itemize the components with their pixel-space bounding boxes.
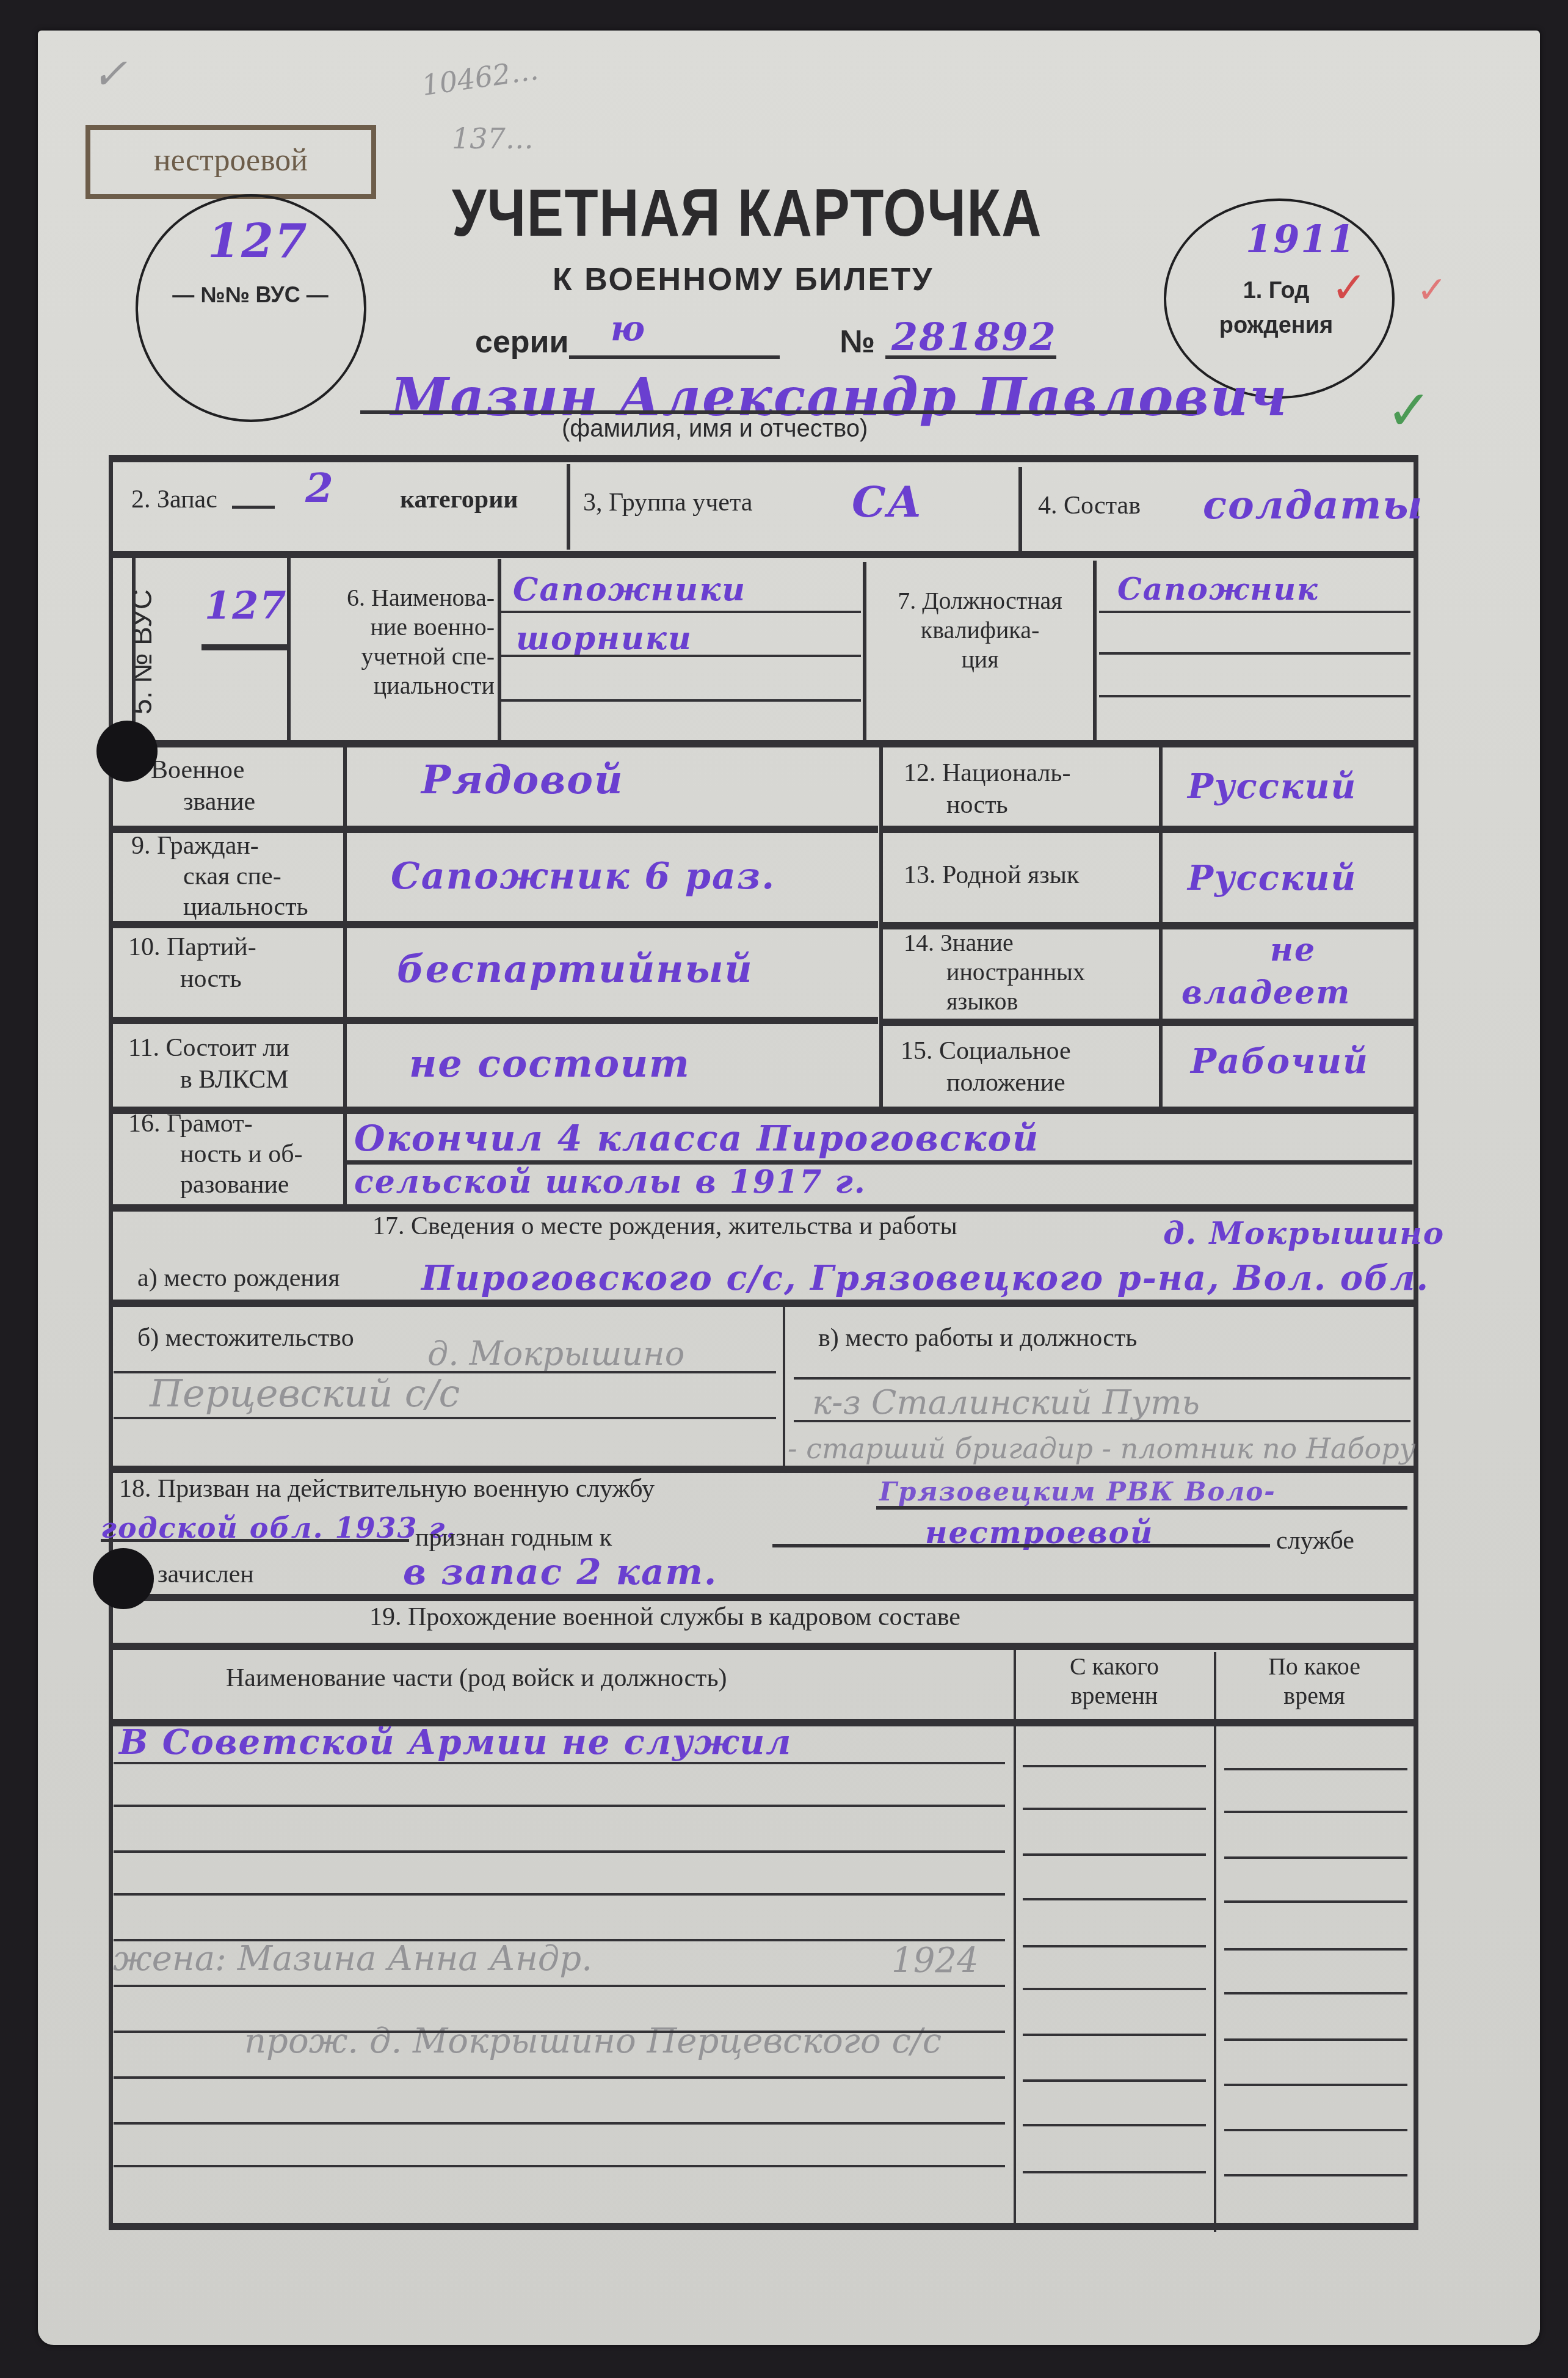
line xyxy=(1023,1945,1206,1947)
nationality-value: Русский xyxy=(1188,766,1357,807)
series-value: ю xyxy=(611,308,646,349)
line xyxy=(114,1762,1005,1764)
section19-title: 19. Прохождение военной службы в кадрово… xyxy=(369,1603,960,1631)
line xyxy=(1023,1808,1206,1810)
workplace-value-1: к-з Сталинский Путь xyxy=(812,1383,1200,1422)
composition-label: 4. Состав xyxy=(1038,492,1141,520)
qualification-label: 7. Должностная квалифика- ция xyxy=(867,586,1093,674)
pencil-note: 137… xyxy=(452,122,534,155)
column-header-unit: Наименование части (род войск и должност… xyxy=(226,1664,727,1692)
line xyxy=(1023,1765,1206,1767)
column-header-from: С какого временн xyxy=(1017,1652,1212,1711)
military-specialty-value-2: шорники xyxy=(516,620,692,657)
line xyxy=(1224,1900,1407,1903)
label-line: 7. Должностная xyxy=(867,586,1093,616)
line xyxy=(1224,2129,1407,2131)
frame-top xyxy=(109,455,1418,462)
full-name-caption: (фамилия, имя и отчество) xyxy=(562,415,868,443)
workplace-value-2: - старший бригадир - плотник по Набору xyxy=(788,1432,1415,1465)
number-label: № xyxy=(840,324,875,360)
divider xyxy=(1159,746,1163,1113)
label-line: ность и об- xyxy=(128,1139,303,1169)
row-divider xyxy=(109,1017,878,1024)
label-line: ние военно- xyxy=(293,613,495,642)
label-line: циальности xyxy=(293,671,495,700)
group-value: СА xyxy=(852,476,923,527)
label-line: положение xyxy=(901,1067,1071,1099)
social-status-value: Рабочий xyxy=(1191,1041,1369,1082)
reserve-value: 2 xyxy=(305,464,335,512)
label-line: 12. Националь- xyxy=(904,757,1071,789)
divider xyxy=(1093,561,1097,744)
foreign-languages-value-1: не xyxy=(1270,931,1316,969)
label-line: По какое xyxy=(1218,1652,1410,1681)
divider xyxy=(132,556,136,739)
line xyxy=(1099,611,1410,613)
reserve-underline xyxy=(232,506,275,509)
label-line: ская спе- xyxy=(131,861,308,892)
enlisted-label: и зачислен xyxy=(137,1560,254,1588)
fit-suffix: службе xyxy=(1276,1527,1354,1555)
line xyxy=(1023,2124,1206,2126)
vus-circle-label: — №№ ВУС — xyxy=(153,282,348,308)
row-divider xyxy=(109,1594,1418,1601)
composition-value: солдаты xyxy=(1203,482,1423,528)
party-label: 10. Партий- ность xyxy=(128,931,256,995)
label-line: разование xyxy=(128,1169,303,1200)
education-label: 16. Грамот- ность и об- разование xyxy=(128,1108,303,1200)
nonservice-stamp: нестроевой xyxy=(85,125,376,199)
row-divider xyxy=(109,1204,1418,1212)
punch-hole xyxy=(96,721,158,782)
line xyxy=(114,2165,1005,2167)
page-title: УЧЕТНАЯ КАРТОЧКА xyxy=(452,174,1042,252)
vus-circle-value: 127 xyxy=(208,214,308,268)
row-divider xyxy=(109,1643,1418,1650)
line xyxy=(794,1420,1410,1422)
section17-title: 17. Сведения о месте рождения, жительств… xyxy=(372,1212,957,1240)
red-checkmark-icon: ✓ xyxy=(1331,263,1367,313)
line xyxy=(1023,1853,1206,1856)
vus-number-label: 5. № ВУС xyxy=(125,589,158,714)
divider xyxy=(567,464,570,550)
section17-title-ink: д. Мокрышино xyxy=(1163,1215,1445,1251)
vus-underline xyxy=(201,644,287,650)
foreign-languages-label: 14. Знание иностранных языков xyxy=(904,928,1085,1016)
line xyxy=(501,655,861,657)
residence-label: б) местожительство xyxy=(137,1324,354,1352)
line xyxy=(1224,1948,1407,1951)
label-line: 16. Грамот- xyxy=(128,1108,303,1139)
service-row-unit: прож. д. Мокрышино Перцевского с/с xyxy=(244,2021,942,2061)
stamp-text: нестроевой xyxy=(154,143,308,178)
line xyxy=(1099,652,1410,655)
column-header-to: По какое время xyxy=(1218,1652,1410,1711)
row-divider xyxy=(109,1466,1418,1473)
label-line: 9. Граждан- xyxy=(131,831,308,861)
row-divider xyxy=(109,921,878,928)
line xyxy=(114,1805,1005,1807)
line xyxy=(1224,2084,1407,2086)
line xyxy=(114,1417,776,1419)
label-line: ность xyxy=(904,789,1071,821)
residence-value-1: д. Мокрышино xyxy=(427,1334,684,1373)
birth-year-value: 1911 xyxy=(1246,217,1356,261)
line xyxy=(101,1539,409,1542)
service-row-unit: В Советской Армии не служил xyxy=(119,1722,792,1762)
line xyxy=(1023,1898,1206,1900)
civil-specialty-label: 9. Граждан- ская спе- циальность xyxy=(131,831,308,922)
divider xyxy=(863,562,866,745)
row-divider xyxy=(879,826,1414,833)
label-line: квалифика- xyxy=(867,616,1093,645)
reserve-label: 2. Запас xyxy=(131,485,217,514)
label-line: циальность xyxy=(131,892,308,922)
birthplace-label: а) место рождения xyxy=(137,1264,340,1292)
fit-label: признан годным к xyxy=(415,1524,612,1552)
social-status-label: 15. Социальное положение xyxy=(901,1035,1071,1099)
foreign-languages-value-2: владеет xyxy=(1181,974,1351,1011)
column-divider xyxy=(1014,1649,1016,2229)
line xyxy=(114,1850,1005,1853)
group-label: 3, Группа учета xyxy=(583,489,752,517)
native-language-value: Русский xyxy=(1188,858,1357,898)
label-line: звание xyxy=(125,786,255,818)
label-line: в ВЛКСМ xyxy=(128,1064,289,1096)
row-divider xyxy=(109,551,1418,558)
line xyxy=(501,699,861,702)
line xyxy=(1224,2038,1407,2041)
label-line: временн xyxy=(1017,1681,1212,1711)
divider xyxy=(343,1108,347,1206)
frame-right xyxy=(1414,458,1418,2229)
card-number-value: 281892 xyxy=(891,315,1057,359)
line xyxy=(1224,1811,1407,1813)
komsomol-label: 11. Состоит ли в ВЛКСМ xyxy=(128,1032,289,1096)
military-rank-value: Рядовой xyxy=(421,757,624,803)
line xyxy=(1023,2079,1206,2082)
line xyxy=(114,2031,1005,2033)
label-line: учетной спе- xyxy=(293,642,495,671)
civil-specialty-value: Сапожник 6 раз. xyxy=(391,855,775,898)
military-specialty-value-1: Сапожники xyxy=(513,571,746,608)
divider xyxy=(498,559,501,745)
row-divider xyxy=(109,740,1418,747)
reserve-suffix: категории xyxy=(400,485,518,514)
line xyxy=(114,2076,1005,2079)
divider xyxy=(783,1307,785,1466)
row-divider xyxy=(109,1300,1418,1307)
divider xyxy=(1018,467,1022,553)
label-line: ция xyxy=(867,645,1093,674)
punch-hole xyxy=(93,1548,154,1609)
label-line: 10. Партий- xyxy=(128,931,256,963)
line xyxy=(501,611,861,613)
column-divider xyxy=(1214,1652,1216,2232)
name-underline xyxy=(360,410,1197,414)
label-line: С какого xyxy=(1017,1652,1212,1681)
label-line: 11. Состоит ли xyxy=(128,1032,289,1064)
service-row-unit: жена: Мазина Анна Андр. xyxy=(113,1939,592,1979)
green-checkmark-icon: ✓ xyxy=(1386,379,1432,443)
birth-year-label-2: рождения xyxy=(1197,313,1356,339)
line xyxy=(1224,2174,1407,2176)
page-subtitle: К ВОЕННОМУ БИЛЕТУ xyxy=(553,261,934,298)
military-specialty-label: 6. Наименова- ние военно- учетной спе- ц… xyxy=(293,583,495,700)
frame-left xyxy=(109,455,113,2226)
label-line: иностранных xyxy=(904,958,1085,987)
line xyxy=(794,1377,1410,1380)
line xyxy=(1023,2034,1206,2036)
red-checkmark-icon: ✓ xyxy=(1417,269,1447,311)
education-value-1: Окончил 4 класса Пироговской xyxy=(354,1118,1039,1159)
row-divider xyxy=(109,1107,1418,1114)
line xyxy=(1224,1992,1407,1994)
series-label: серии xyxy=(475,324,569,360)
line xyxy=(772,1544,1270,1547)
line xyxy=(114,1985,1005,1987)
line xyxy=(1224,1768,1407,1770)
line xyxy=(1023,1988,1206,1990)
line xyxy=(1023,2171,1206,2173)
vus-number-value: 127 xyxy=(205,583,287,628)
nationality-label: 12. Националь- ность xyxy=(904,757,1071,821)
native-language-label: 13. Родной язык xyxy=(904,861,1079,889)
frame-bottom xyxy=(109,2223,1418,2230)
education-value-2: сельской школы в 1917 г. xyxy=(354,1163,866,1201)
label-line: 6. Наименова- xyxy=(293,583,495,613)
service-row-from: 1924 xyxy=(891,1941,979,1980)
pencil-checkmark: ✓ xyxy=(92,49,128,99)
row-divider xyxy=(879,1019,1414,1026)
label-line: ность xyxy=(128,963,256,995)
qualification-value: Сапожник xyxy=(1117,571,1319,607)
label-line: 14. Знание xyxy=(904,928,1085,958)
residence-value-2: Перцевский с/с xyxy=(150,1371,460,1416)
line xyxy=(876,1506,1407,1510)
vus-circle-label-text: №№ ВУС xyxy=(200,282,300,307)
label-line: языков xyxy=(904,987,1085,1016)
line xyxy=(114,2122,1005,2125)
party-value: беспартийный xyxy=(397,947,753,991)
conscription-value-1: Грязовецким РВК Воло- xyxy=(879,1477,1276,1507)
conscription-label: 18. Призван на действительную военную сл… xyxy=(119,1475,655,1503)
label-line: время xyxy=(1218,1681,1410,1711)
divider xyxy=(287,557,291,740)
line xyxy=(1099,695,1410,697)
line xyxy=(114,1893,1005,1896)
line xyxy=(1224,1856,1407,1859)
enlisted-value: в запас 2 кат. xyxy=(403,1551,717,1593)
komsomol-value: не состоит xyxy=(409,1041,691,1086)
series-underline xyxy=(569,355,780,359)
workplace-label: в) место работы и должность xyxy=(818,1324,1138,1352)
label-line: 15. Социальное xyxy=(901,1035,1071,1067)
birthplace-value: Пироговского с/с, Грязовецкого р-на, Вол… xyxy=(421,1258,1429,1298)
